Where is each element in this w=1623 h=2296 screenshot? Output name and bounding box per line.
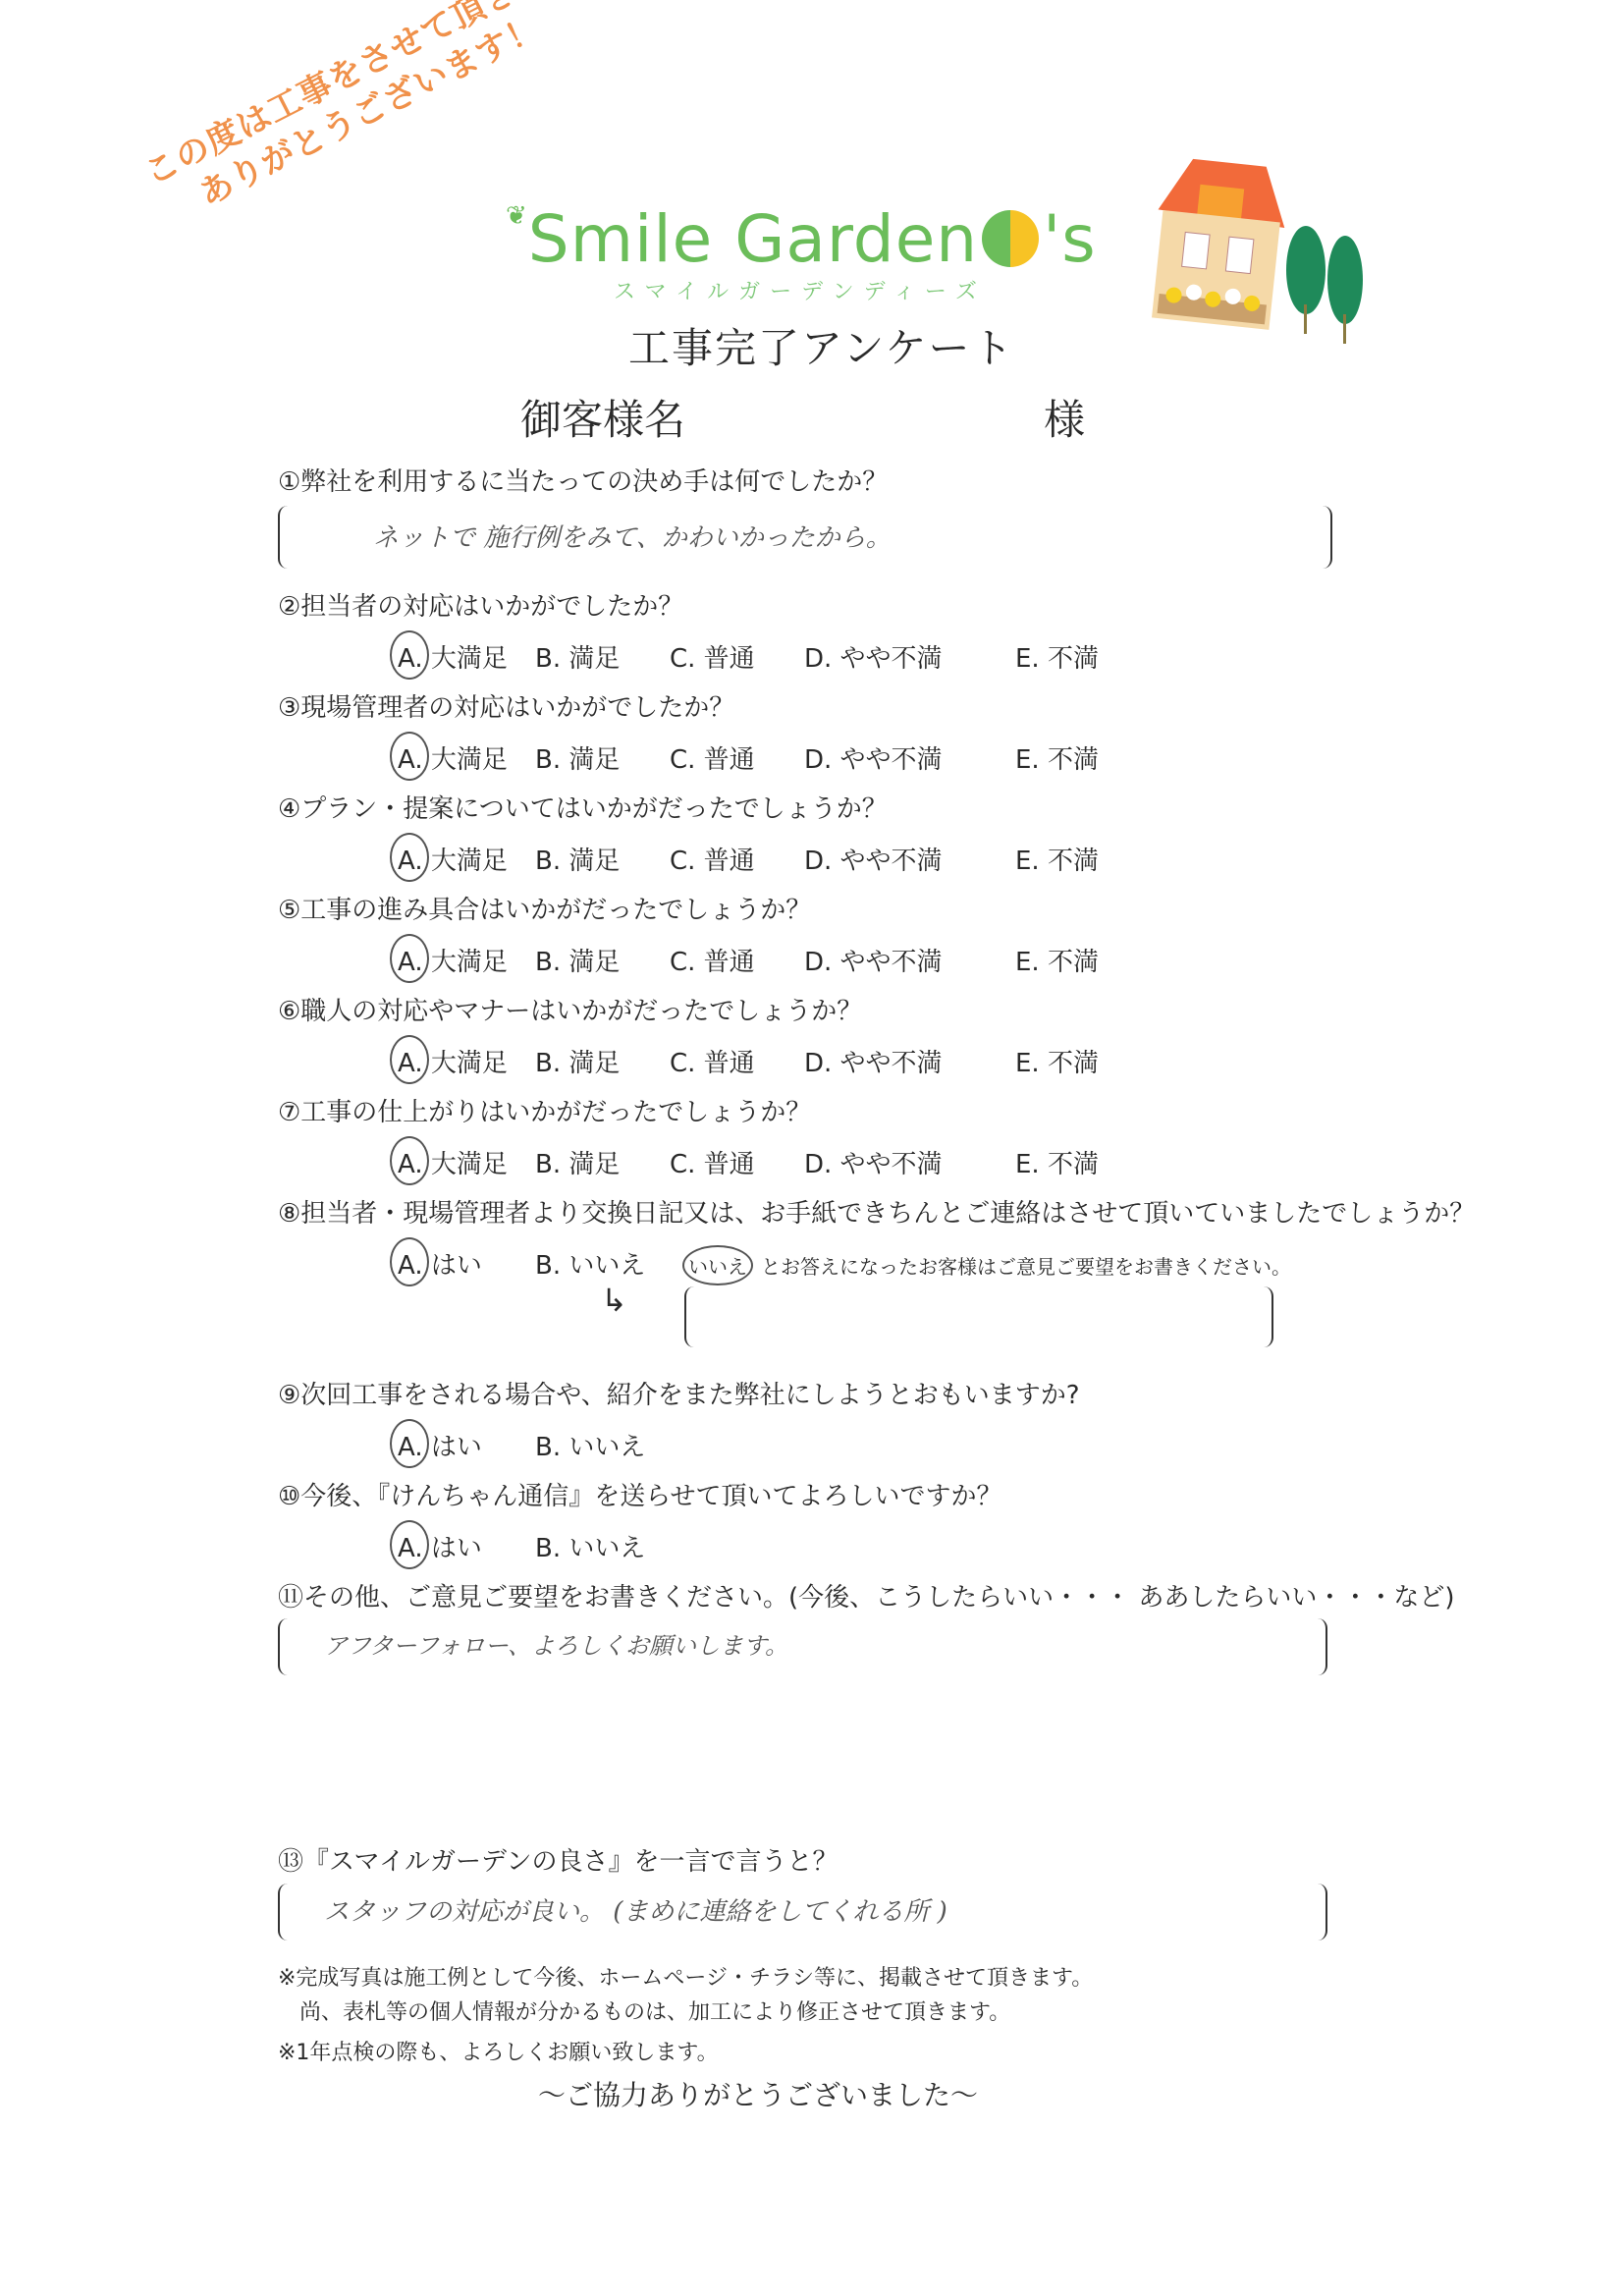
option-e[interactable]: E. 不満 <box>1015 942 1099 978</box>
option-b[interactable]: B. いいえ <box>535 1245 682 1285</box>
arrow-icon: ↳ <box>601 1282 627 1319</box>
option-a-selected[interactable]: A. はい <box>398 1427 535 1463</box>
option-e[interactable]: E. 不満 <box>1015 1144 1099 1180</box>
question-1-answer-box[interactable]: ネットで 施行例をみて、かわいかったから。 <box>278 506 1332 569</box>
option-b[interactable]: B. 満足 <box>535 1144 670 1180</box>
option-b[interactable]: B. 満足 <box>535 1043 670 1079</box>
question-13-label: ⑬『スマイルガーデンの良さ』を一言で言うと？ <box>278 1841 838 1878</box>
option-a-selected[interactable]: A. はい <box>398 1528 535 1564</box>
smile-face-icon <box>982 210 1039 267</box>
followup-instruction: とお答えになったお客様はご意見ご要望をお書きください。 <box>761 1245 1291 1285</box>
note-photo-usage: ※完成写真は施工例として今後、ホームページ・チラシ等に、掲載させて頂きます。 <box>278 1961 1093 1992</box>
question-9-label: ⑨次回工事をされる場合や、紹介をまた弊社にしようとおもいますか? <box>278 1375 1080 1411</box>
option-a-selected[interactable]: A. 大満足 <box>398 1144 535 1180</box>
option-d[interactable]: D. やや不満 <box>804 1144 1015 1180</box>
question-11-answer-box[interactable]: アフターフォロー、よろしくお願いします。 <box>278 1618 1327 1675</box>
option-e[interactable]: E. 不満 <box>1015 1043 1099 1079</box>
question-11-answer: アフターフォロー、よろしくお願いします。 <box>324 1626 788 1661</box>
question-7-label: ⑦工事の仕上がりはいかがだったでしょうか？ <box>278 1092 811 1128</box>
question-10-label: ⑩今後、『けんちゃん通信』を送らせて頂いてよろしいですか？ <box>278 1476 1002 1512</box>
tree-icon <box>1327 236 1363 324</box>
option-d[interactable]: D. やや不満 <box>804 841 1015 877</box>
greeting-text: この度は工事をさせて頂き ありがとうございます！ <box>137 0 549 234</box>
question-10-options: A. はい B. いいえ <box>398 1528 645 1564</box>
question-7-options: A. 大満足 B. 満足 C. 普通 D. やや不満 E. 不満 <box>398 1144 1099 1180</box>
option-b[interactable]: B. いいえ <box>535 1528 645 1564</box>
logo: ❦Smile Garden's <box>506 201 1097 277</box>
leaf-icon: ❦ <box>506 201 528 231</box>
honorific-label: 様 <box>1044 388 1085 447</box>
question-8-options: A. はい B. いいえ いいえ とお答えになったお客様はご意見ご要望をお書きく… <box>398 1245 1291 1285</box>
option-e[interactable]: E. 不満 <box>1015 739 1099 776</box>
question-2-label: ②担当者の対応はいかがでしたか？ <box>278 586 683 623</box>
option-a-selected[interactable]: A. 大満足 <box>398 1043 535 1079</box>
page-title: 工事完了アンケート <box>628 316 1014 375</box>
house-illustration <box>1139 157 1365 357</box>
option-a-selected[interactable]: A. 大満足 <box>398 638 535 675</box>
question-13-answer-box[interactable]: スタッフの対応が良い。 (まめに連絡をしてくれる所 ) <box>278 1884 1327 1941</box>
option-a-selected[interactable]: A. 大満足 <box>398 841 535 877</box>
customer-name-field[interactable] <box>717 388 1031 437</box>
question-3-label: ③現場管理者の対応はいかがでしたか？ <box>278 687 734 724</box>
option-c[interactable]: C. 普通 <box>670 638 804 675</box>
option-b[interactable]: B. 満足 <box>535 638 670 675</box>
question-11-label: ⑪その他、ご意見ご要望をお書きください。(今後、こうしたらいい・・・ ああしたら… <box>278 1577 1455 1613</box>
option-b[interactable]: B. いいえ <box>535 1427 645 1463</box>
option-d[interactable]: D. やや不満 <box>804 638 1015 675</box>
tree-icon <box>1286 226 1325 314</box>
option-c[interactable]: C. 普通 <box>670 1144 804 1180</box>
option-b[interactable]: B. 満足 <box>535 841 670 877</box>
logo-suffix: 's <box>1043 201 1097 277</box>
question-3-options: A. 大満足 B. 満足 C. 普通 D. やや不満 E. 不満 <box>398 739 1099 776</box>
closing-message: ～ご協力ありがとうございました～ <box>538 2074 978 2113</box>
logo-subtitle: スマイルガーデンディーズ <box>614 275 987 305</box>
option-e[interactable]: E. 不満 <box>1015 841 1099 877</box>
option-c[interactable]: C. 普通 <box>670 1043 804 1079</box>
house-icon <box>1139 157 1365 354</box>
option-a-selected[interactable]: A. はい <box>398 1245 535 1285</box>
option-d[interactable]: D. やや不満 <box>804 1043 1015 1079</box>
question-5-label: ⑤工事の進み具合はいかがだったでしょうか？ <box>278 890 811 926</box>
option-c[interactable]: C. 普通 <box>670 841 804 877</box>
followup-tag: いいえ <box>682 1245 753 1285</box>
question-8-followup-box[interactable] <box>684 1286 1273 1347</box>
question-4-label: ④プラン・提案についてはいかがだったでしょうか？ <box>278 789 888 825</box>
option-e[interactable]: E. 不満 <box>1015 638 1099 675</box>
option-a-selected[interactable]: A. 大満足 <box>398 739 535 776</box>
option-b[interactable]: B. 満足 <box>535 942 670 978</box>
option-c[interactable]: C. 普通 <box>670 942 804 978</box>
customer-name-label: 御客様名 <box>520 388 685 447</box>
note-privacy: 尚、表札等の個人情報が分かるものは、加工により修正させて頂きます。 <box>278 1995 1010 2026</box>
question-1-answer: ネットで 施行例をみて、かわいかったから。 <box>373 518 892 554</box>
question-9-options: A. はい B. いいえ <box>398 1427 645 1463</box>
question-4-options: A. 大満足 B. 満足 C. 普通 D. やや不満 E. 不満 <box>398 841 1099 877</box>
question-1-label: ①弊社を利用するに当たっての決め手は何でしたか？ <box>278 462 888 498</box>
option-b[interactable]: B. 満足 <box>535 739 670 776</box>
note-inspection: ※1年点検の際も、よろしくお願い致します。 <box>278 2036 719 2066</box>
greeting-line-1: この度は工事をさせて頂き <box>137 0 529 195</box>
option-d[interactable]: D. やや不満 <box>804 739 1015 776</box>
option-d[interactable]: D. やや不満 <box>804 942 1015 978</box>
question-5-options: A. 大満足 B. 満足 C. 普通 D. やや不満 E. 不満 <box>398 942 1099 978</box>
option-c[interactable]: C. 普通 <box>670 739 804 776</box>
question-6-label: ⑥職人の対応やマナーはいかがだったでしょうか？ <box>278 991 862 1027</box>
logo-text: Smile Garden <box>528 201 978 277</box>
option-a-selected[interactable]: A. 大満足 <box>398 942 535 978</box>
question-6-options: A. 大満足 B. 満足 C. 普通 D. やや不満 E. 不満 <box>398 1043 1099 1079</box>
question-13-answer: スタッフの対応が良い。 (まめに連絡をしてくれる所 ) <box>324 1891 947 1928</box>
question-2-options: A. 大満足 B. 満足 C. 普通 D. やや不満 E. 不満 <box>398 638 1099 675</box>
question-8-label: ⑧担当者・現場管理者より交換日記又は、お手紙できちんとご連絡はさせて頂いていまし… <box>278 1193 1475 1230</box>
